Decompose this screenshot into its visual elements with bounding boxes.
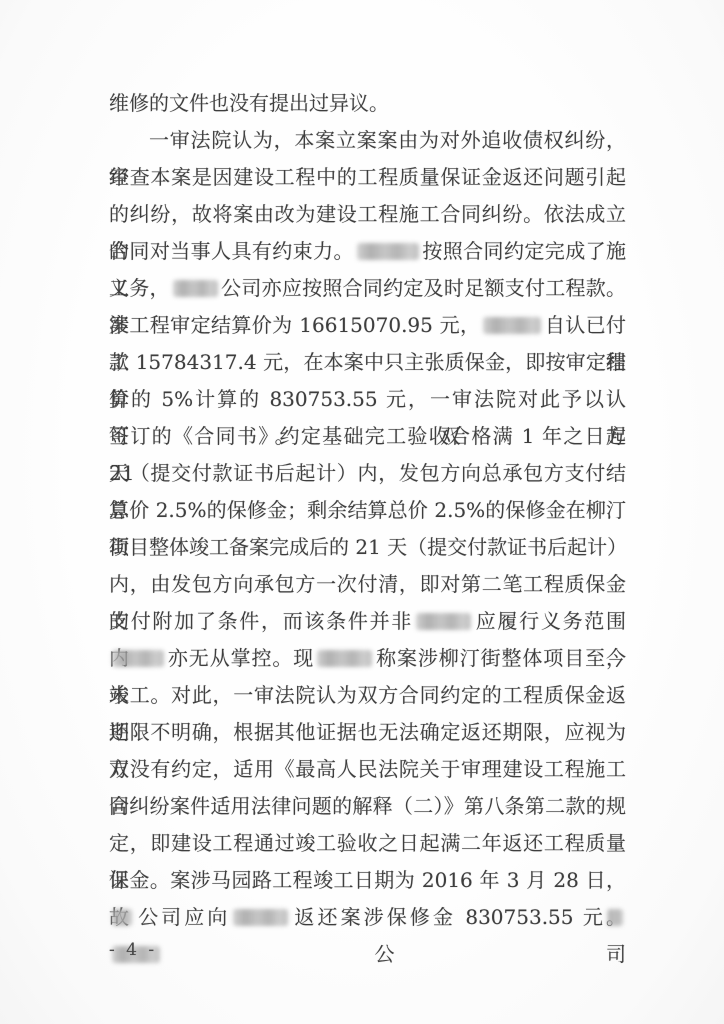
text-line: 天（提交付款证书后起计）内，发包方向总承包方支付结算 xyxy=(109,455,626,492)
text-line: 竣工。对此，一审法院认为双方合同约定的工程质保金返还 xyxy=(109,677,626,714)
text-line: 总价 2.5%的保修金；剩余结算总价 2.5%的保修金在柳汀街 xyxy=(109,492,626,529)
text-line: 亦无从掌控。现称案涉柳汀街整体项目至今未 xyxy=(109,640,626,677)
text-line: 维修的文件也没有提出过异议。 xyxy=(109,85,626,122)
scanned-document-page: 维修的文件也没有提出过异议。一审法院认为，本案立案案由为对外追收债权纠纷，经审查… xyxy=(0,0,724,1024)
text-line: 项目整体竣工备案完成后的 21 天（提交付款证书后起计） xyxy=(109,529,626,566)
text-segment: 项目整体竣工备案完成后的 21 天（提交付款证书后起计） xyxy=(109,535,627,559)
text-segment: 义务， xyxy=(109,276,170,300)
text-segment: 公司 xyxy=(163,942,626,966)
text-segment: 同纠纷案件适用法律问题的解释（二）》第八条第二款的规 xyxy=(109,794,626,818)
redaction-blur xyxy=(483,317,541,334)
text-line: 证金。案涉马园路工程竣工日期为 2016 年 3 月 28 日，故 xyxy=(109,862,626,899)
text-line: 内，由发包方向承包方一次付清，即对第二笔工程质保金的 xyxy=(109,566,626,603)
redaction-blur xyxy=(112,909,132,926)
text-segment: 涉工程审定结算价为 16615070.95 元， xyxy=(109,313,480,337)
text-segment: 维修的文件也没有提出过异议。 xyxy=(109,91,389,115)
text-line: 义务，公司亦应按照合同约定及时足额支付工程款。案 xyxy=(109,270,626,307)
text-segment: 公司应向 xyxy=(135,905,230,929)
text-line: 同纠纷案件适用法律问题的解释（二）》第八条第二款的规 xyxy=(109,788,626,825)
text-line: 合同对当事人具有约束力。按照合同约定完成了施工 xyxy=(109,233,626,270)
document-text: 维修的文件也没有提出过异议。一审法院认为，本案立案案由为对外追收债权纠纷，经审查… xyxy=(109,85,626,936)
text-line: 的纠纷，故将案由改为建设工程施工合同纠纷。依法成立的 xyxy=(109,196,626,233)
redaction-blur xyxy=(317,650,372,667)
text-segment: 支付附加了条件，而该条件并非 xyxy=(109,609,413,633)
text-line: 价的 5%计算的 830753.55 元，一审法院对此予以认可。双方 xyxy=(109,381,626,418)
redaction-blur xyxy=(357,243,419,260)
text-line: 期限不明确，根据其他证据也无法确定返还期限，应视为双 xyxy=(109,714,626,751)
text-line: 款 15784317.4 元，在本案中只主张质保金，即按审定结算 xyxy=(109,344,626,381)
text-line: 审查本案是因建设工程中的工程质量保证金返还问题引起 xyxy=(109,159,626,196)
page-number-footer: - 4 - xyxy=(109,938,157,962)
text-line: 方没有约定，适用《最高人民法院关于审理建设工程施工合 xyxy=(109,751,626,788)
text-line: 涉工程审定结算价为 16615070.95 元，自认已付工程 xyxy=(109,307,626,344)
redaction-blur xyxy=(607,909,623,926)
redaction-blur xyxy=(112,650,164,667)
redaction-blur xyxy=(416,613,471,630)
text-line: 定，即建设工程通过竣工验收之日起满二年返还工程质量保 xyxy=(109,825,626,862)
text-segment: 合同对当事人具有约束力。 xyxy=(109,239,354,263)
redaction-blur xyxy=(233,909,288,926)
text-line: 支付附加了条件，而该条件并非应履行义务范围内， xyxy=(109,603,626,640)
text-segment: 审查本案是因建设工程中的工程质量保证金返还问题引起 xyxy=(109,165,626,189)
text-line: 一审法院认为，本案立案案由为对外追收债权纠纷，经 xyxy=(109,122,626,159)
redaction-blur xyxy=(173,280,218,297)
text-line: 公司应向返还案涉保修金 830753.55 元。公司 xyxy=(109,899,626,936)
text-segment: 返还案涉保修金 830753.55 元。 xyxy=(291,905,626,929)
text-line: 签订的《合同书》约定基础完工验收合格满 1 年之日起 21 xyxy=(109,418,626,455)
text-segment: 亦无从掌控。现 xyxy=(167,646,314,670)
